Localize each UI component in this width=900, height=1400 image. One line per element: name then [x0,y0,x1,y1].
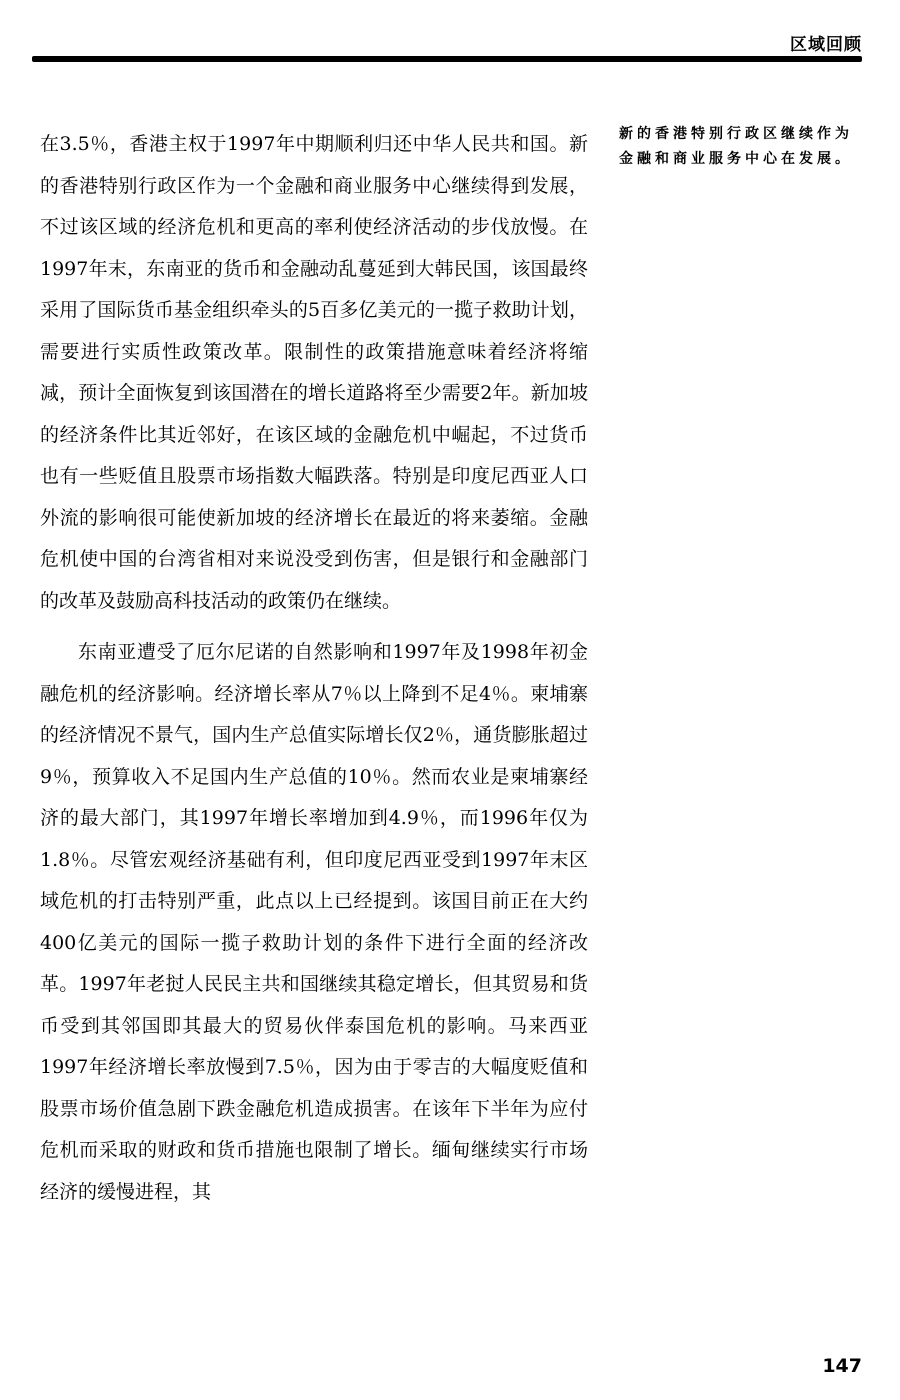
running-head: 区域回顾 [790,30,862,55]
paragraph-continued: 在3.5％，香港主权于1997年中期顺利归还中华人民共和国。新的香港特别行政区作… [40,124,588,622]
body-text: 在3.5％，香港主权于1997年中期顺利归还中华人民共和国。新的香港特别行政区作… [40,124,588,1213]
paragraph: 东南亚遭受了厄尔尼诺的自然影响和1997年及1998年初金融危机的经济影响。经济… [40,632,588,1213]
margin-note: 新的香港特别行政区继续作为金融和商业服务中心在发展。 [619,122,857,172]
page-number: 147 [822,1355,862,1377]
header-rule [32,56,862,62]
